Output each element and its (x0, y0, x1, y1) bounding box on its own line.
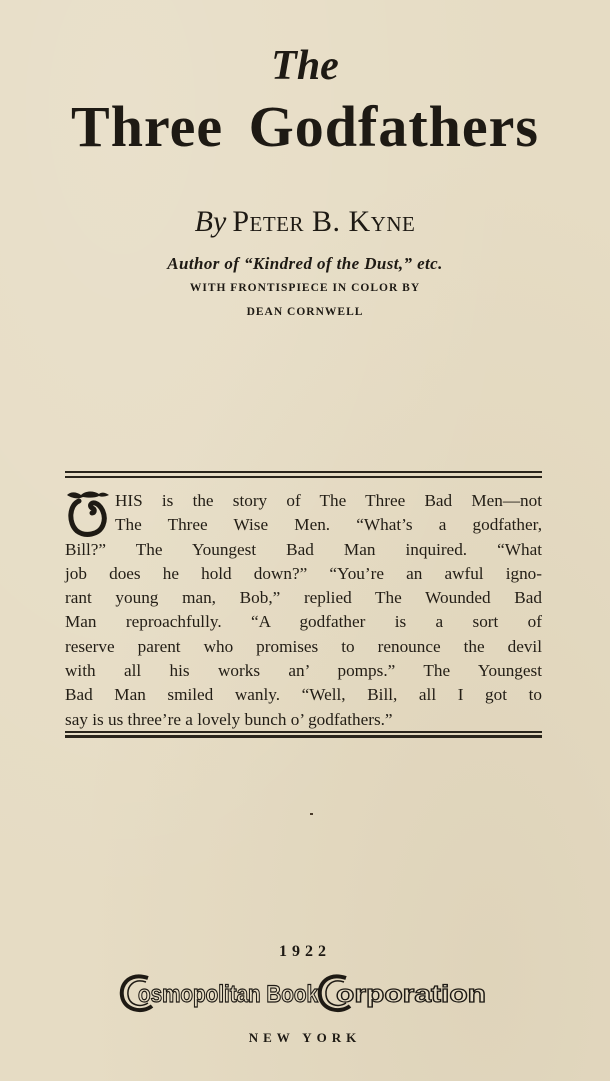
publisher-logo: osmopolitan Book orporation (118, 970, 490, 1014)
publisher-name-part-2: orporation (336, 981, 486, 1008)
publication-city: NEW YORK (0, 1029, 610, 1047)
ink-speck (310, 813, 313, 815)
publication-year: 1922 (0, 942, 610, 962)
blurb-line: with all his works an’ pomps.” The Young… (65, 659, 542, 683)
top-double-rule (65, 471, 542, 479)
byline: ByPeter B. Kyne (0, 203, 610, 241)
blurb-line: Man reproachfully. “A godfather is a sor… (65, 610, 542, 634)
author-name: Peter B. Kyne (232, 205, 415, 238)
author-other-works: Author of “Kindred of the Dust,” etc. (0, 253, 610, 275)
blurb-line: reserve parent who promises to renounce … (65, 635, 542, 659)
blurb-paragraph: HIS is the story of The Three Bad Men—no… (65, 489, 542, 732)
blurb-line: HIS is the story of The Three Bad Men—no… (65, 489, 542, 513)
publisher-name-part-1: osmopolitan Book (138, 981, 319, 1008)
title-prefix: The (0, 40, 610, 92)
blurb-line: rant young man, Bob,” replied The Wounde… (65, 586, 542, 610)
blurb-line: say is us three’re a lovely bunch o’ god… (65, 708, 542, 732)
byline-by: By (195, 205, 227, 238)
blurb-line: Bill?” The Youngest Bad Man inquired. “W… (65, 538, 542, 562)
book-title: Three Godfathers (0, 92, 610, 162)
illustrator-name: DEAN CORNWELL (0, 304, 610, 320)
decorative-dropcap-t-icon (65, 489, 113, 537)
frontispiece-credit: WITH FRONTISPIECE IN COLOR BY (0, 280, 610, 296)
blurb-line: The Three Wise Men. “What’s a godfather, (65, 513, 542, 537)
bottom-double-rule (65, 731, 542, 739)
blurb-line: job does he hold down?” “You’re an awful… (65, 562, 542, 586)
blurb-line: Bad Man smiled wanly. “Well, Bill, all I… (65, 683, 542, 707)
